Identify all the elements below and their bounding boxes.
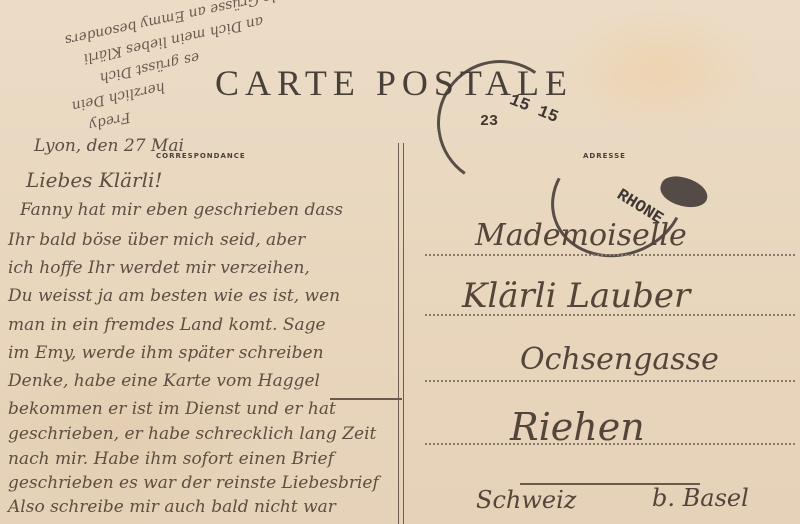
postcard: CARTE POSTALE CORRESPONDANCE ADRESSE Fre… bbox=[0, 0, 800, 524]
divider-line bbox=[398, 143, 399, 524]
underline bbox=[330, 398, 402, 400]
message-line: im Emy, werde ihm später schreiben bbox=[8, 343, 324, 363]
address-line bbox=[425, 254, 795, 256]
message-line: Du weisst ja am besten wie es ist, wen bbox=[8, 286, 340, 306]
postmark-day: 23 bbox=[480, 113, 498, 130]
place-date: Lyon, den 27 Mai bbox=[34, 136, 184, 156]
message-line: bekommen er ist im Dienst und er hat bbox=[8, 399, 336, 419]
address-line bbox=[425, 380, 795, 382]
address-country: Schweiz bbox=[476, 486, 576, 514]
message-line: nach mir. Habe ihm sofort einen Brief bbox=[8, 449, 334, 469]
address-recipient-title: Mademoiselle bbox=[475, 218, 687, 253]
message-line: Also schreibe mir auch bald nicht war bbox=[8, 497, 336, 517]
divider-line bbox=[403, 143, 404, 524]
address-recipient-name: Klärli Lauber bbox=[462, 276, 690, 316]
message-line: geschrieben es war der reinste Liebesbri… bbox=[8, 473, 379, 493]
message-line: geschrieben, er habe schrecklich lang Ze… bbox=[8, 424, 376, 444]
upside-down-note: Fredy herzlich Dein es grüsst Dich an Di… bbox=[2, 0, 318, 150]
message-line: ich hoffe Ihr werdet mir verzeihen, bbox=[8, 258, 310, 278]
address-suffix: b. Basel bbox=[652, 484, 749, 512]
message-line: Fanny hat mir eben geschrieben dass bbox=[20, 200, 343, 220]
salutation: Liebes Klärli! bbox=[26, 168, 162, 192]
message-line: Ihr bald böse über mich seid, aber bbox=[8, 230, 305, 250]
message-line: man in ein fremdes Land komt. Sage bbox=[8, 315, 326, 335]
address-street: Ochsengasse bbox=[520, 342, 719, 377]
message-line: Denke, habe eine Karte vom Haggel bbox=[8, 371, 320, 391]
address-city: Riehen bbox=[510, 405, 645, 449]
